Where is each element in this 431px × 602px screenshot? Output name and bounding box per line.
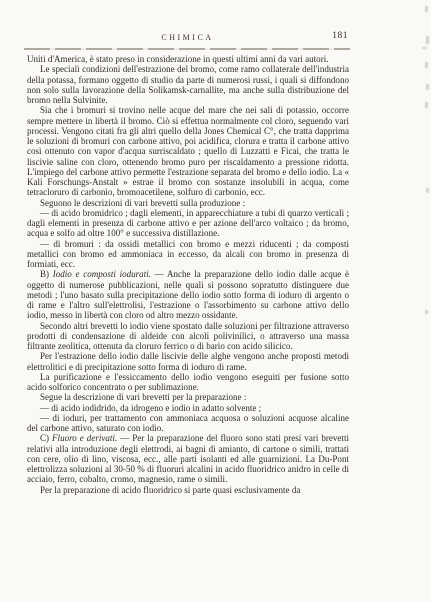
section-letter: B) xyxy=(40,269,53,279)
scan-artifact xyxy=(425,102,428,108)
running-title: CHIMICA xyxy=(27,33,348,42)
paragraph: Per la preparazione di acido fluoridrico… xyxy=(27,485,349,495)
paragraph: Le speciali condizioni dell'estrazione d… xyxy=(27,64,349,105)
section-title-italic: Fluoro e derivati. xyxy=(52,433,117,443)
paragraph: Seguono le descrizioni di vari brevetti … xyxy=(27,198,349,208)
scan-artifact xyxy=(422,47,427,49)
section-title-italic: Iodio e composti iodurati. xyxy=(53,269,151,279)
list-item-dash: — di acido iodidrido, da idrogeno e iodi… xyxy=(27,403,349,413)
list-item-dash: — di ioduri, per trattamento con ammonia… xyxy=(27,413,349,434)
paragraph: Secondo altri brevetti lo iodio viene sp… xyxy=(27,321,349,352)
scanned-journal-page: CHIMICA 181 Uniti d'America, è stato pre… xyxy=(0,0,431,602)
paragraph-section-c: C) Fluoro e derivati. — Per la preparazi… xyxy=(27,433,349,484)
paragraph: Segue la descrizione di vari brevetti pe… xyxy=(27,392,349,402)
scan-artifact xyxy=(425,310,428,314)
paragraph-continuation: Uniti d'America, è stato preso in consid… xyxy=(27,54,349,64)
list-item-dash: — di bromuri : da ossidi metallici con b… xyxy=(27,239,349,270)
scan-artifact xyxy=(425,62,428,68)
paragraph-section-b: B) Iodio e composti iodurati. — Anche la… xyxy=(27,269,349,320)
paragraph: Sia che i bromuri si trovino nelle acque… xyxy=(27,105,349,197)
header-rule xyxy=(24,48,350,50)
paragraph: La purificazione e l'essiccamento dello … xyxy=(27,372,349,393)
scan-artifact xyxy=(426,188,429,193)
scan-artifact xyxy=(426,84,429,90)
scan-artifact xyxy=(426,36,429,44)
section-letter: C) xyxy=(40,433,52,443)
page-header: CHIMICA 181 xyxy=(27,33,348,45)
scan-artifact xyxy=(425,6,428,12)
paragraph: Per l'estrazione dello iodio dalle lisci… xyxy=(27,351,349,372)
list-item-dash: — di acido bromidrico ; dagli elementi, … xyxy=(27,208,349,239)
page-body: Uniti d'America, è stato preso in consid… xyxy=(27,54,349,495)
page-number: 181 xyxy=(332,31,348,41)
